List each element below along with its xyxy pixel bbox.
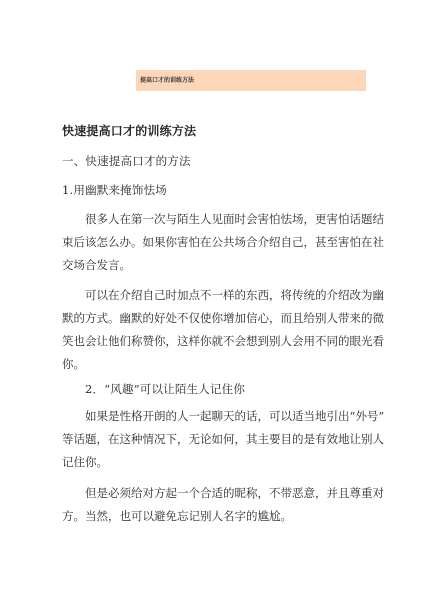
paragraph-line: 但是必须给对方起一个合适的昵称，不带恶意，并且尊重对 bbox=[62, 482, 374, 505]
paragraph-line: 束后该怎么办。如果你害怕在公共场合介绍自己，甚至害怕在社 bbox=[62, 231, 374, 254]
paragraph-line: 默的方式。幽默的好处不仅使你增加信心，而且给别人带来的微 bbox=[62, 307, 374, 330]
banner-title: 提高口才的训练方法 bbox=[140, 75, 194, 84]
paragraph-line: 很多人在第一次与陌生人见面时会害怕怯场，更害怕话题结 bbox=[62, 208, 374, 231]
paragraph-line: 方。当然，也可以避免忘记别人名字的尴尬。 bbox=[62, 505, 374, 528]
section-heading: 一、快速提高口才的方法 bbox=[62, 153, 191, 169]
document-title: 快速提高口才的训练方法 bbox=[62, 122, 196, 139]
paragraph-3: 如果是性格开朗的人一起聊天的话，可以适当地引出“外号” 等话题，在这种情况下，无… bbox=[62, 405, 374, 474]
item2-heading: 2．“风趣”可以让陌生人记住你 bbox=[85, 381, 245, 397]
paragraph-line: 等话题，在这种情况下，无论如何，其主要目的是有效地让别人 bbox=[62, 428, 374, 451]
paragraph-line: 可以在介绍自己时加点不一样的东西，将传统的介绍改为幽 bbox=[62, 284, 374, 307]
paragraph-line: 记住你。 bbox=[62, 451, 374, 474]
paragraph-2: 可以在介绍自己时加点不一样的东西，将传统的介绍改为幽 默的方式。幽默的好处不仅使… bbox=[62, 284, 374, 376]
paragraph-1: 很多人在第一次与陌生人见面时会害怕怯场，更害怕话题结 束后该怎么办。如果你害怕在… bbox=[62, 208, 374, 277]
paragraph-line: 你。 bbox=[62, 353, 374, 376]
paragraph-line: 笑也会让他们称赞你，这样你就不会想到别人会用不同的眼光看 bbox=[62, 330, 374, 353]
paragraph-line: 如果是性格开朗的人一起聊天的话，可以适当地引出“外号” bbox=[62, 405, 374, 428]
paragraph-line: 交场合发言。 bbox=[62, 254, 374, 277]
item1-heading: 1.用幽默来掩饰怯场 bbox=[62, 182, 167, 198]
paragraph-4: 但是必须给对方起一个合适的昵称，不带恶意，并且尊重对 方。当然，也可以避免忘记别… bbox=[62, 482, 374, 528]
header-banner: 提高口才的训练方法 bbox=[136, 70, 366, 91]
